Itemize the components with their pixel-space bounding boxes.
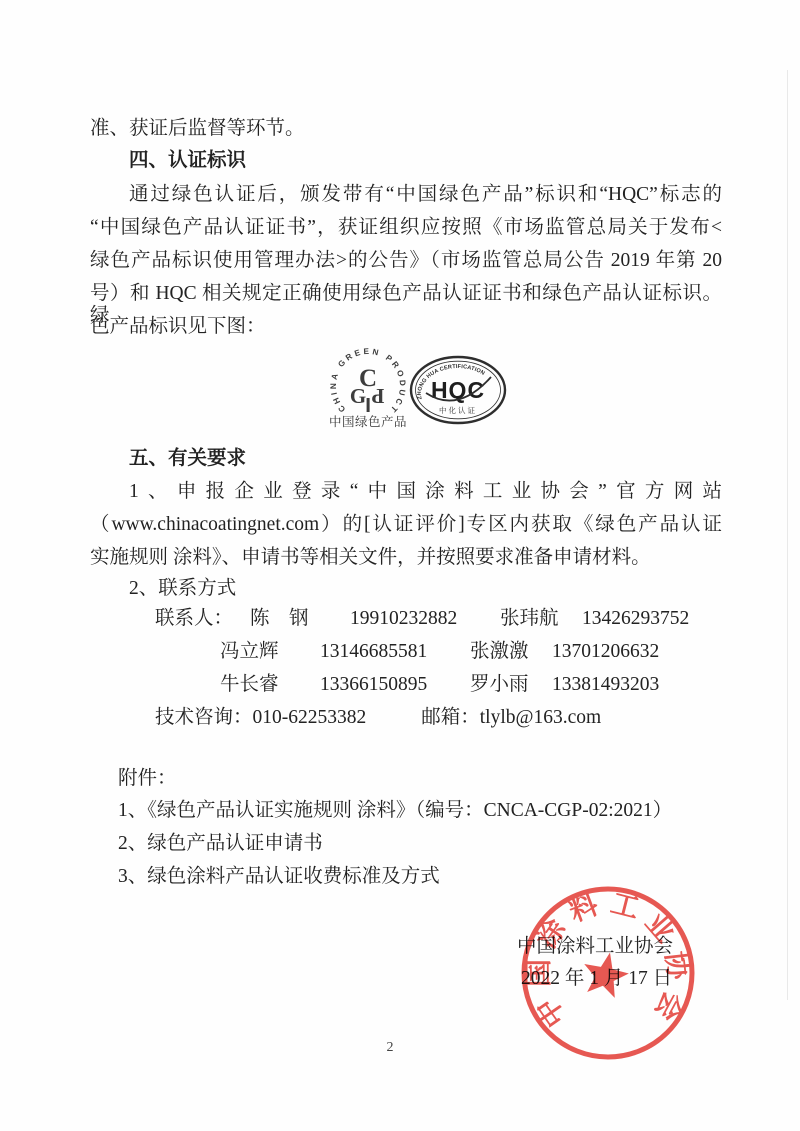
contact-name: 张激激	[470, 641, 552, 663]
section5-item1-line: 实施规则 涂料》、申请书等相关文件，并按照要求准备申请材料。	[90, 547, 722, 569]
scan-artifact-line	[787, 70, 788, 1000]
section4-line: 通过绿色认证后，颁发带有“中国绿色产品”标识和“HQC”标志的	[90, 184, 722, 206]
contact-phone: 13146685581	[320, 641, 470, 663]
contact-row: 牛长睿 13366150895 罗小雨 13381493203	[125, 674, 659, 696]
intro-line: 准、获证后监督等环节。	[90, 118, 722, 140]
contact-tech-row: 技术咨询：010-62253382 邮箱：tlylb@163.com	[155, 707, 601, 729]
section4-line: 绿色产品标识使用管理办法>的公告》（市场监管总局公告 2019 年第 20	[90, 250, 722, 272]
section4-line: 色产品标识见下图：	[90, 316, 722, 338]
contact-phone: 13381493203	[552, 674, 659, 696]
tech-support-phone: 技术咨询：010-62253382	[155, 707, 366, 729]
china-green-product-logo: CHINA GREEN PRODUCT C G P 中国绿色产品	[322, 346, 417, 432]
contact-phone: 13366150895	[320, 674, 470, 696]
section5-item1-line: （www.chinacoatingnet.com）的[认证评价]专区内获取《绿色…	[90, 514, 722, 536]
contact-name: 冯立辉	[220, 641, 320, 663]
contact-phone: 13701206632	[552, 641, 659, 663]
attachments-heading: 附件：	[90, 768, 722, 790]
cgp-tree-monogram: C G P	[350, 365, 385, 412]
document-page: 准、获证后监督等环节。 四、认证标识 通过绿色认证后，颁发带有“中国绿色产品”标…	[0, 0, 800, 1131]
signature-org: 中国涂料工业协会	[517, 930, 673, 958]
attachment-item: 1、《绿色产品认证实施规则 涂料》（编号：CNCA-CGP-02:2021）	[90, 800, 722, 822]
section4-line: “中国绿色产品认证证书”，获证组织应按照《市场监管总局关于发布<	[90, 217, 722, 239]
section5-item1-line: 1、申报企业登录“中国涂料工业协会”官方网站	[90, 481, 722, 503]
section4-heading: 四、认证标识	[90, 150, 722, 172]
contact-name: 牛长睿	[220, 674, 320, 696]
cgp-tree-trunk	[367, 398, 370, 412]
contact-phone: 13426293752	[582, 608, 689, 630]
contact-name: 陈 钢	[250, 608, 350, 630]
contact-email: 邮箱：tlylb@163.com	[421, 707, 601, 729]
signature-date: 2022 年 1 月 17 日	[521, 962, 672, 990]
hqc-caption: 中化认证	[439, 405, 477, 415]
section5-item2-label: 2、联系方式	[90, 578, 722, 600]
hqc-certification-logo: ZHONG HUA CERTIFICATION HQC 中化认证	[406, 352, 510, 428]
contact-label: 联系人：	[155, 608, 250, 630]
seal-text: 中国涂料工业协会	[523, 888, 694, 1033]
attachment-item: 3、绿色涂料产品认证收费标准及方式	[90, 866, 722, 888]
svg-text:中国涂料工业协会: 中国涂料工业协会	[523, 888, 694, 1033]
contact-row: 联系人： 陈 钢 19910232882 张玮航 13426293752	[155, 608, 689, 630]
cgp-letter-g: G	[350, 384, 366, 408]
contact-row: 冯立辉 13146685581 张激激 13701206632	[125, 641, 659, 663]
attachment-item: 2、绿色产品认证申请书	[90, 833, 722, 855]
contact-phone: 19910232882	[350, 608, 500, 630]
page-number: 2	[0, 1040, 780, 1056]
contact-name: 张玮航	[500, 608, 582, 630]
contact-name: 罗小雨	[470, 674, 552, 696]
section5-heading: 五、有关要求	[90, 448, 722, 470]
cgp-letter-p: P	[371, 384, 384, 408]
cgp-caption: 中国绿色产品	[329, 414, 407, 429]
